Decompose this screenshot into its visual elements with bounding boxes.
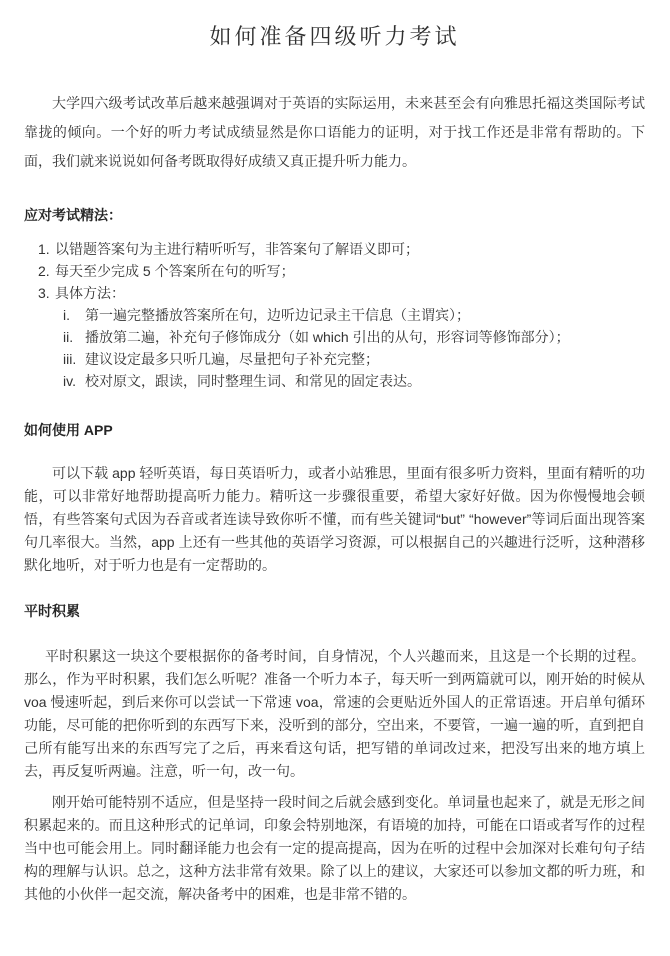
sub-list-item: iii. 建议设定最多只听几遍，尽量把句子补充完整；	[63, 348, 645, 370]
section-heading-app-usage: 如何使用 APP	[24, 420, 645, 440]
accumulation-paragraph-2: 刚开始可能特别不适应，但是坚持一段时间之后就会感到变化。单词量也起来了，就是无形…	[24, 791, 645, 906]
sub-list-marker: iii.	[63, 348, 85, 370]
section-heading-daily-accumulation: 平时积累	[24, 601, 645, 621]
sub-list-marker: ii.	[63, 326, 85, 348]
app-usage-paragraph: 可以下载 app 轻听英语，每日英语听力，或者小站雅思，里面有很多听力资料，里面…	[24, 462, 645, 577]
sub-list-item: i. 第一遍完整播放答案所在句，边听边记录主干信息（主谓宾）；	[63, 304, 645, 326]
document-page: 如何准备四级听力考试 大学四六级考试改革后越来越强调对于英语的实际运用，未来甚至…	[0, 0, 670, 956]
page-title: 如何准备四级听力考试	[24, 24, 645, 52]
sub-list-item-text: 第一遍完整播放答案所在句，边听边记录主干信息（主谓宾）；	[85, 304, 470, 326]
intro-paragraph: 大学四六级考试改革后越来越强调对于英语的实际运用，未来甚至会有向雅思托福这类国际…	[24, 89, 645, 176]
sub-list-item-text: 播放第二遍，补充句子修饰成分（如 which 引出的从句，形容词等修饰部分）；	[85, 326, 570, 348]
list-item: 1. 以错题答案句为主进行精听听写，非答案句了解语义即可；	[38, 238, 645, 260]
sub-list-marker: i.	[63, 304, 85, 326]
sub-list-marker: iv.	[63, 370, 85, 392]
list-item: 3. 具体方法：	[38, 282, 645, 304]
list-marker: 2.	[38, 260, 55, 282]
list-item-text: 具体方法：	[55, 282, 125, 304]
list-item: 2. 每天至少完成 5 个答案所在句的听写；	[38, 260, 645, 282]
sub-list-item-text: 校对原文，跟读，同时整理生词、和常见的固定表达。	[85, 370, 421, 392]
accumulation-paragraph-1: 平时积累这一块这个要根据你的备考时间，自身情况，个人兴趣而来，且这是一个长期的过…	[24, 645, 645, 783]
list-marker: 3.	[38, 282, 55, 304]
sub-list-item-text: 建议设定最多只听几遍，尽量把句子补充完整；	[85, 348, 379, 370]
sub-list-item: iv. 校对原文，跟读，同时整理生词、和常见的固定表达。	[63, 370, 645, 392]
section-heading-exam-method: 应对考试精法：	[24, 205, 645, 225]
numbered-list: 1. 以错题答案句为主进行精听听写，非答案句了解语义即可； 2. 每天至少完成 …	[24, 238, 645, 392]
list-item-text: 以错题答案句为主进行精听听写，非答案句了解语义即可；	[55, 238, 419, 260]
list-marker: 1.	[38, 238, 55, 260]
list-item-text: 每天至少完成 5 个答案所在句的听写；	[55, 260, 295, 282]
sub-list-item: ii. 播放第二遍，补充句子修饰成分（如 which 引出的从句，形容词等修饰部…	[63, 326, 645, 348]
